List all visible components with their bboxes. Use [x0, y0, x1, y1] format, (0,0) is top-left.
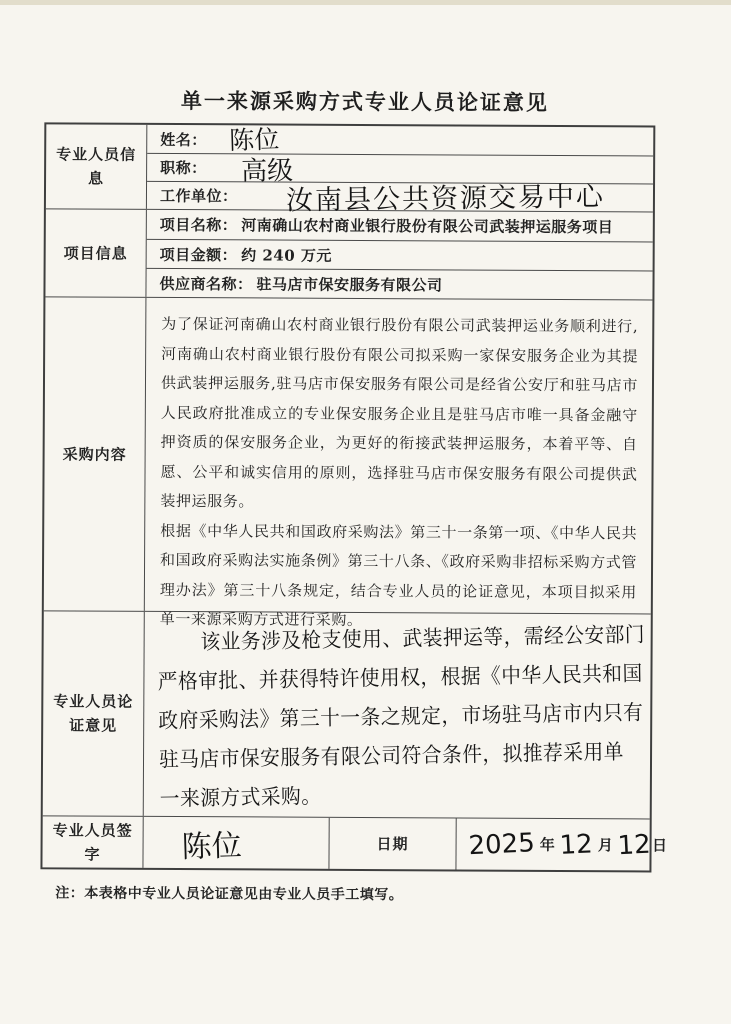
row-professional-info: 专业人员信息 姓名： 陈位 职称： 高级 工作单位： 汝南县公共资源交易中心 — [46, 124, 653, 211]
procurement-content-text: 为了保证河南确山农村商业银行股份有限公司武装押运业务顺利进行,河南确山农村商业银… — [145, 298, 653, 614]
handwritten-date-day: 12 — [617, 831, 651, 859]
expert-opinion-handwriting: 该业务涉及枪支使用、武装押运等，需经公安部门 严格审批、并获得特许使用权，根据《… — [157, 616, 619, 819]
row-signature: 专业人员签字 陈位 日期 2025 年 12 月 12 日 — [42, 815, 649, 870]
field-row-job-title: 职称： 高级 — [147, 153, 653, 184]
section-label-expert-opinion: 专业人员论证意见 — [43, 611, 145, 816]
field-label-project-amount: 项目金额： — [160, 243, 238, 264]
field-label-work-unit: 工作单位： — [160, 185, 238, 206]
procurement-paragraph-1: 为了保证河南确山农村商业银行股份有限公司武装押运业务顺利进行,河南确山农村商业银… — [160, 310, 638, 519]
expert-opinion-cell: 该业务涉及枪支使用、武装押运等，需经公安部门 严格审批、并获得特许使用权，根据《… — [144, 612, 651, 819]
row-expert-opinion: 专业人员论证意见 该业务涉及枪支使用、武装押运等，需经公安部门 严格审批、并获得… — [43, 610, 651, 818]
field-label-project-name: 项目名称： — [160, 214, 238, 235]
page-title: 单一来源采购方式专业人员论证意见 — [0, 84, 731, 118]
scanned-sheet: 单一来源采购方式专业人员论证意见 专业人员信息 姓名： 陈位 职称： 高级 工作… — [0, 0, 731, 1024]
field-label-name: 姓名： — [160, 128, 207, 149]
footnote: 注：本表格中专业人员论证意见由专业人员手工填写。 — [55, 882, 403, 904]
field-row-supplier-name: 供应商名称： 驻马店市保安服务有限公司 — [146, 268, 652, 300]
field-row-project-amount: 项目金额： 约 240 万元 — [147, 239, 653, 271]
opinion-handwritten-line: 一来源方式采购。 — [159, 772, 618, 819]
section-label-project-info: 项目信息 — [45, 209, 146, 297]
handwritten-signature: 陈位 — [181, 831, 242, 863]
date-unit-year: 年 — [540, 834, 555, 855]
field-row-work-unit: 工作单位： 汝南县公共资源交易中心 — [147, 181, 653, 212]
handwritten-work-unit-value: 汝南县公共资源交易中心 — [285, 183, 604, 214]
field-value-supplier-name: 驻马店市保安服务有限公司 — [256, 273, 442, 295]
date-cell: 2025 年 12 月 12 日 — [456, 818, 672, 870]
handwritten-date-year: 2025 — [468, 830, 535, 859]
section-label-signature: 专业人员签字 — [42, 816, 143, 868]
handwritten-job-title-value: 高级 — [240, 158, 292, 185]
field-row-name: 姓名： 陈位 — [147, 125, 653, 156]
section-label-procurement-content: 采购内容 — [44, 297, 147, 611]
row-procurement-content: 采购内容 为了保证河南确山农村商业银行股份有限公司武装押运业务顺利进行,河南确山… — [44, 296, 653, 613]
field-value-project-name: 河南确山农村商业银行股份有限公司武装押运服务项目 — [241, 214, 613, 237]
date-label: 日期 — [329, 818, 456, 870]
row-project-info: 项目信息 项目名称： 河南确山农村商业银行股份有限公司武装押运服务项目 项目金额… — [45, 208, 652, 299]
handwritten-name-value: 陈位 — [228, 126, 279, 152]
field-value-project-amount: 约 240 万元 — [241, 244, 332, 265]
professional-info-fields: 姓名： 陈位 职称： 高级 工作单位： 汝南县公共资源交易中心 — [147, 125, 653, 212]
handwritten-date-month: 12 — [559, 831, 593, 859]
section-label-professional-info: 专业人员信息 — [46, 124, 147, 209]
date-unit-day: 日 — [652, 835, 667, 856]
project-info-fields: 项目名称： 河南确山农村商业银行股份有限公司武装押运服务项目 项目金额： 约 2… — [146, 210, 652, 300]
date-unit-month: 月 — [598, 834, 613, 855]
field-row-project-name: 项目名称： 河南确山农村商业银行股份有限公司武装押运服务项目 — [147, 210, 653, 242]
field-label-supplier-name: 供应商名称： — [159, 272, 252, 293]
field-label-job-title: 职称： — [160, 157, 207, 178]
form-table: 专业人员信息 姓名： 陈位 职称： 高级 工作单位： 汝南县公共资源交易中心 项… — [40, 122, 655, 872]
opinion-handwritten-line: 驻马店市保安服务有限公司符合条件，拟推荐采用单 — [159, 733, 618, 780]
signature-cell: 陈位 — [143, 817, 329, 869]
